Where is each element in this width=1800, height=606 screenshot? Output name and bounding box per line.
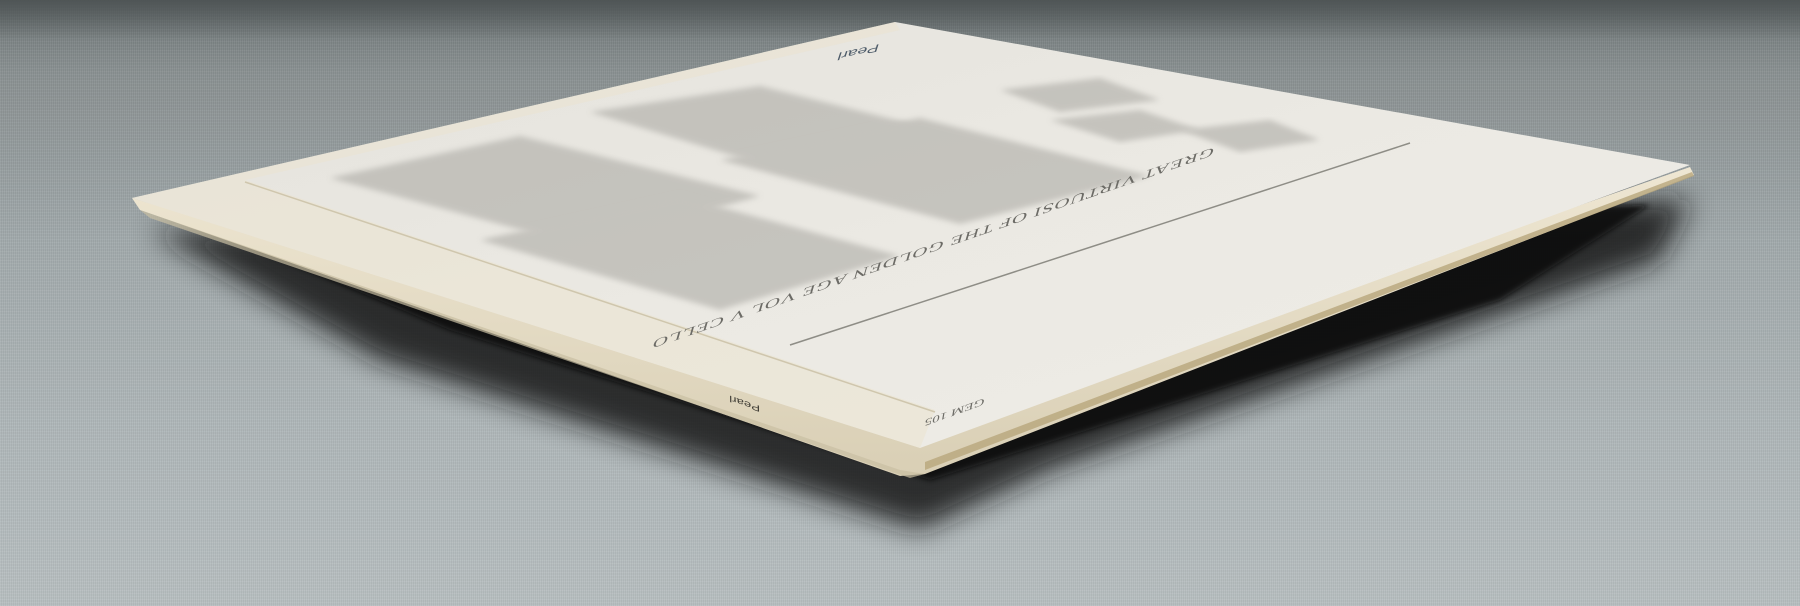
record-sleeve-scene: GREAT VIRTUOSI OF THE GOLDEN AGE VOL V C… [0, 0, 1800, 606]
